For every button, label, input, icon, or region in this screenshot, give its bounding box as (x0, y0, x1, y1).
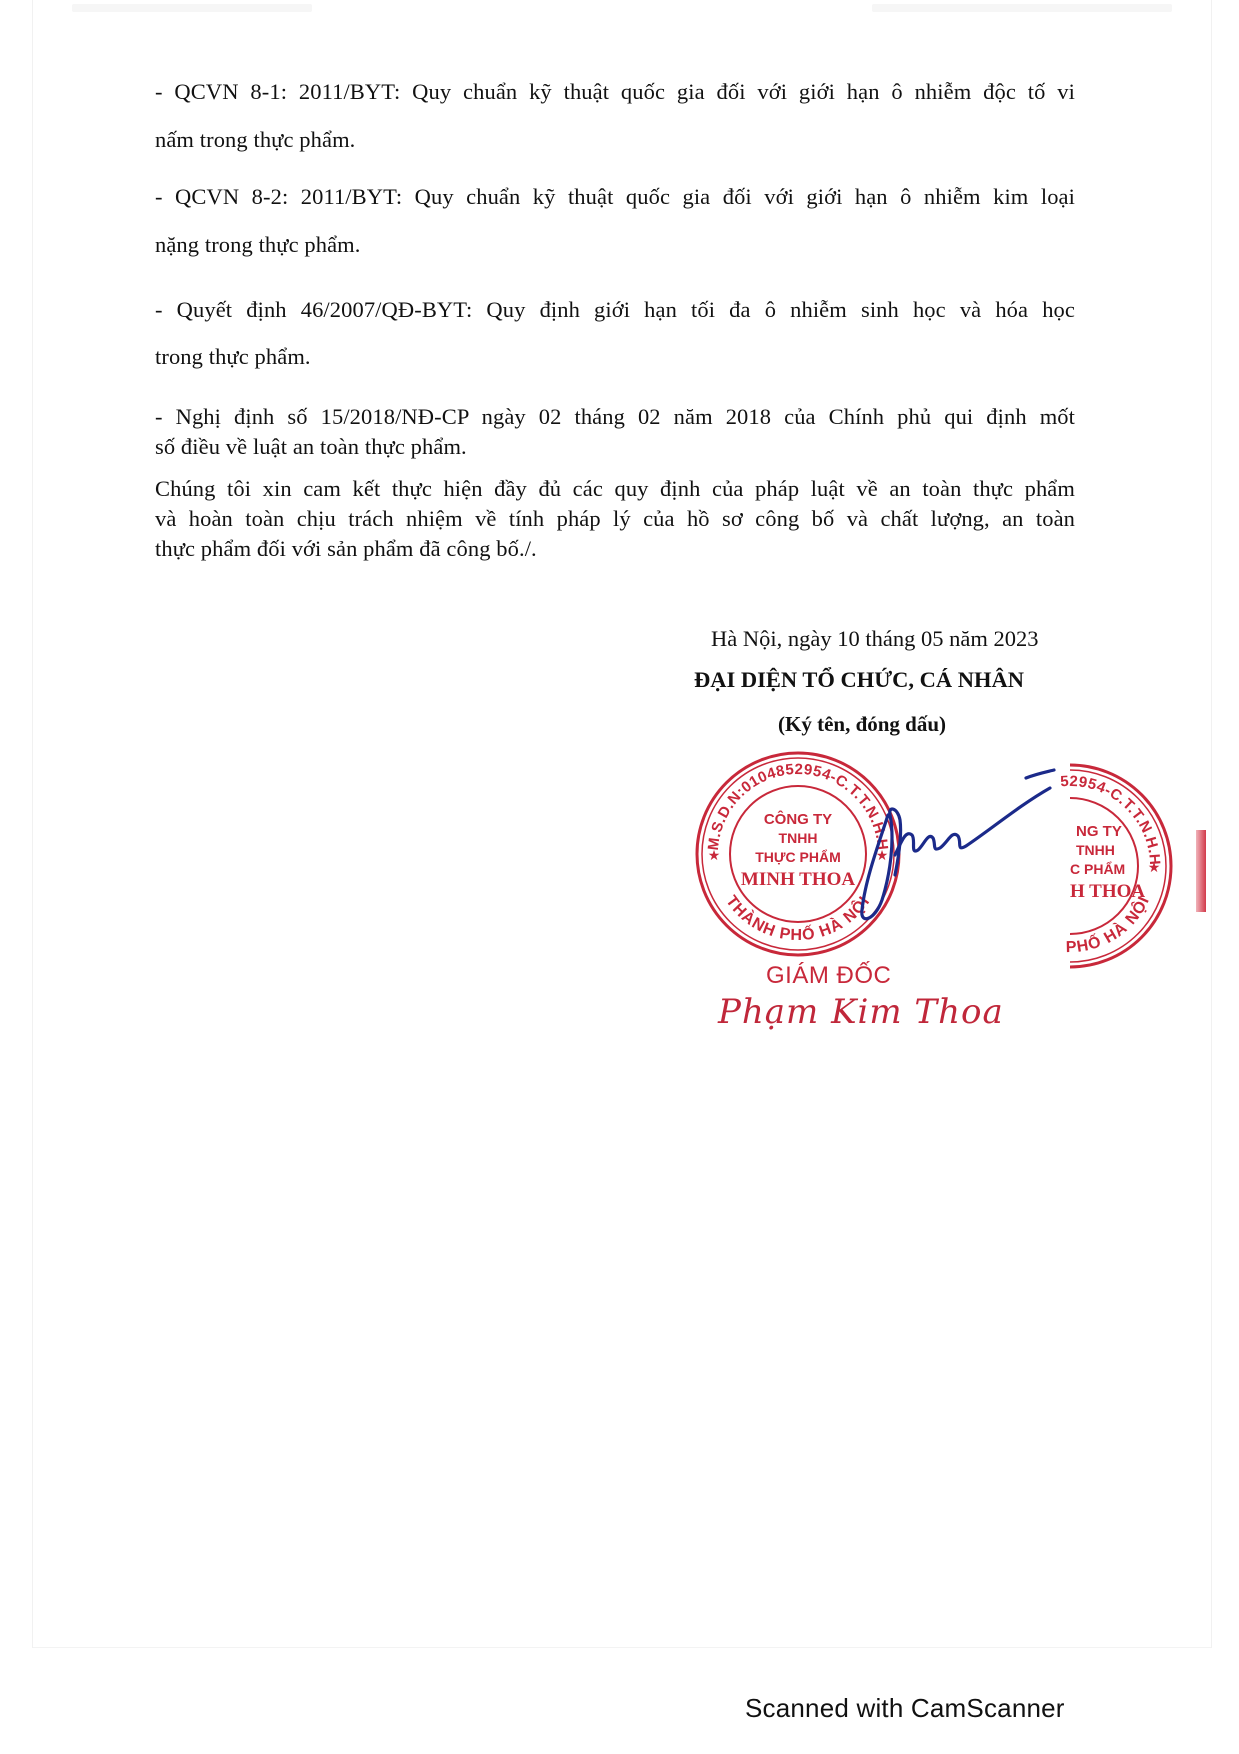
paragraph-1-line-2: nấm trong thực phẩm. (155, 127, 1075, 153)
representative-title: ĐẠI DIỆN TỔ CHỨC, CÁ NHÂN (694, 667, 1024, 693)
paragraph-5-line-2: và hoàn toàn chịu trách nhiệm về tính ph… (155, 506, 1075, 532)
paragraph-2-line-2: nặng trong thực phẩm. (155, 232, 1075, 258)
star-icon: ★ (708, 849, 721, 864)
paragraph-4-line-1: - Nghị định số 15/2018/NĐ-CP ngày 02 thá… (155, 404, 1075, 430)
star-icon: ★ (1148, 861, 1161, 876)
bleed-through-mark (872, 4, 1172, 12)
stamp-line-2: TNHH (779, 830, 818, 846)
sign-and-seal-note: (Ký tên, đóng dấu) (778, 712, 946, 737)
director-title: GIÁM ĐỐC (766, 962, 891, 990)
bleed-through-mark (72, 4, 312, 12)
paragraph-3-line-2: trong thực phẩm. (155, 344, 1075, 370)
stamp-line-1: CÔNG TY (764, 810, 832, 828)
partial-stamp-ring-bottom-text: PHỐ HÀ NỘI (1066, 894, 1154, 957)
partial-stamp-line-1: NG TY (1076, 823, 1122, 840)
stamp-line-3: THỰC PHẨM (755, 848, 841, 865)
handwritten-signature (840, 760, 1060, 930)
paragraph-5-line-1: Chúng tôi xin cam kết thực hiện đầy đủ c… (155, 476, 1075, 502)
paragraph-2-line-1: - QCVN 8-2: 2011/BYT: Quy chuẩn kỹ thuật… (155, 184, 1075, 210)
director-name: Phạm Kim Thoa (718, 992, 1004, 1032)
stamp-edge-strip (1196, 830, 1206, 912)
partial-stamp-line-3: C PHẨM (1070, 860, 1125, 877)
svg-text:PHỐ HÀ NỘI: PHỐ HÀ NỘI (1066, 894, 1154, 957)
partial-company-stamp: 52954-C.T.T.N.H.H PHỐ HÀ NỘI ★ NG TY TNH… (1040, 760, 1200, 972)
partial-stamp-line-4: H THOA (1070, 881, 1145, 902)
paragraph-3-line-1: - Quyết định 46/2007/QĐ-BYT: Quy định gi… (155, 297, 1075, 323)
partial-stamp-line-2: TNHH (1076, 842, 1115, 858)
paragraph-4-line-2: số điều về luật an toàn thực phẩm. (155, 434, 1075, 460)
paragraph-1-line-1: - QCVN 8-1: 2011/BYT: Quy chuẩn kỹ thuật… (155, 79, 1075, 105)
stamp-line-4: MINH THOA (741, 869, 855, 890)
camscanner-watermark: Scanned with CamScanner (745, 1693, 1065, 1724)
place-date: Hà Nội, ngày 10 tháng 05 năm 2023 (711, 626, 1038, 652)
paragraph-5-line-3: thực phẩm đối với sản phẩm đã công bố./. (155, 536, 1075, 562)
